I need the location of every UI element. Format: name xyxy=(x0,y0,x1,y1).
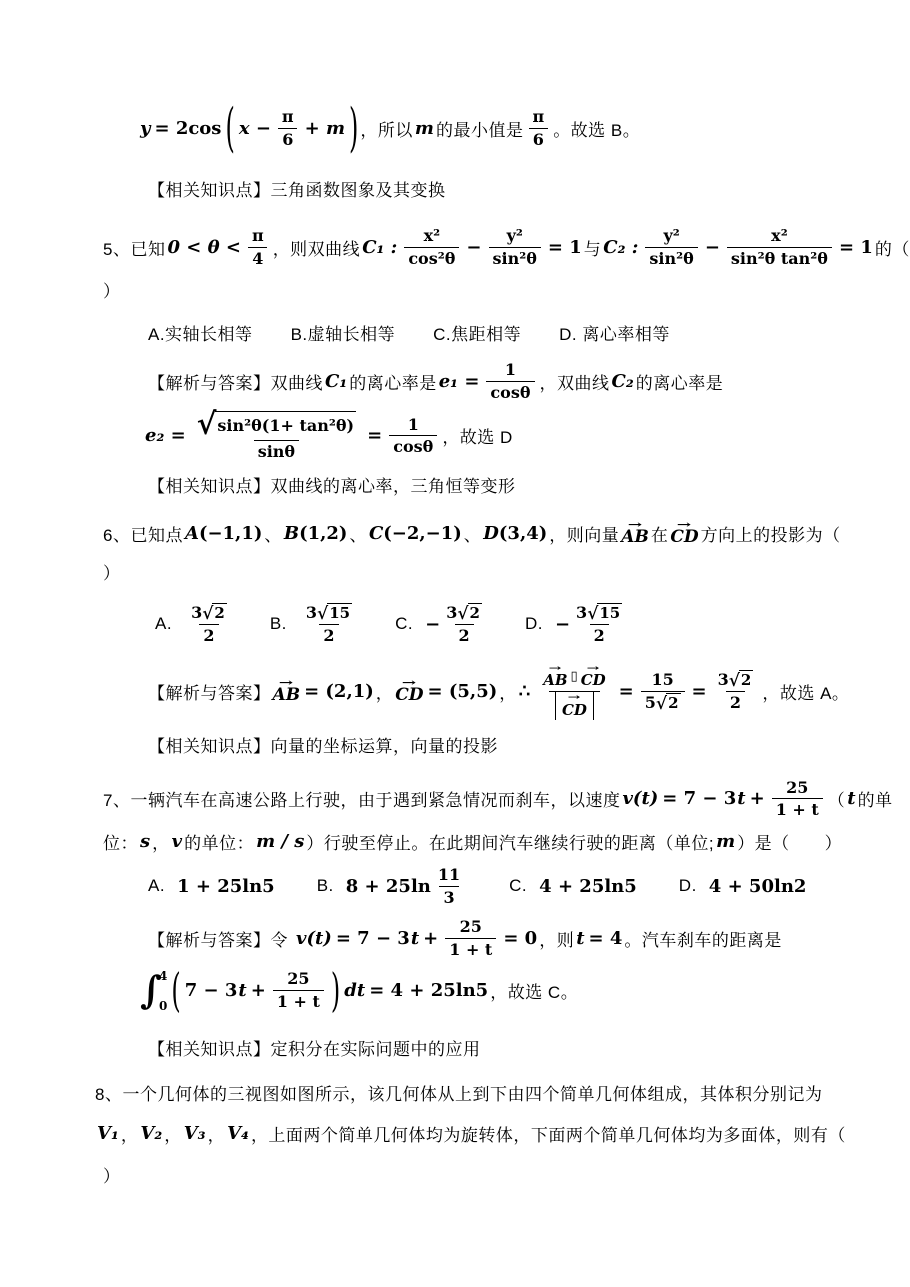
math-piece: = 4 xyxy=(589,928,623,949)
q6-options: A. 3√22 B. 3√152 C. − 3√22 D. − 3√152 xyxy=(155,602,910,646)
option-label: A. xyxy=(155,614,172,634)
denominator: cos²θ xyxy=(404,247,459,270)
numerator: π xyxy=(248,225,268,247)
fraction: π6 xyxy=(278,106,298,150)
knowledge-text: 【相关知识点】定积分在实际问题中的应用 xyxy=(148,1035,481,1060)
numerator: AB▯CD xyxy=(537,662,611,690)
fraction: x²cos²θ xyxy=(404,225,459,269)
numerator: 1 xyxy=(404,414,423,436)
text: 的（ xyxy=(875,235,910,260)
q8-statement-line2: V₁， V₂， V₃， V₄，上面两个简单几何体均为旋转体，下面两个简单几何体均… xyxy=(95,1121,910,1146)
denominator: 2 xyxy=(455,624,474,647)
text: ，则 xyxy=(539,926,574,951)
right-paren: ) xyxy=(331,968,340,1014)
denominator: CD xyxy=(549,691,600,720)
knowledge-text: 【相关知识点】双曲线的离心率，三角恒等变形 xyxy=(148,472,516,497)
denominator: 3 xyxy=(439,886,458,909)
text: 。故选 B。 xyxy=(553,116,640,141)
math-var: V₁ xyxy=(97,1123,119,1144)
q6-statement: 6、 已知点 A(−1,1) 、 B(1,2) 、 C(−2,−1) 、 D(3… xyxy=(103,519,910,547)
coef: 5 xyxy=(645,692,656,714)
text: 。汽车刹车的距离是 xyxy=(624,926,782,951)
sqrt: √2 xyxy=(729,670,754,691)
option-label: D. xyxy=(679,876,697,896)
text: 的单位： xyxy=(184,829,254,854)
text: 、 xyxy=(349,521,367,546)
plus-sign: + xyxy=(251,980,266,1001)
q5-options: A.实轴长相等 B.虚轴长相等 C.焦距相等 D. 离心率相等 xyxy=(148,320,910,345)
document-page: y = 2cos ( x − π6 + m ) ，所以 m 的最小值是 π6 。… xyxy=(0,0,910,1187)
q5-close-paren: ） xyxy=(103,277,910,302)
text: ， xyxy=(376,679,394,704)
numerator: 3√2 xyxy=(714,669,758,691)
math-piece: (1,2) xyxy=(299,523,347,544)
coef: 3 xyxy=(306,602,317,624)
text: 在 xyxy=(651,521,669,546)
q5-statement: 5、 已知 0 < θ < π4 ，则双曲线 C₁ : x²cos²θ − y²… xyxy=(103,225,910,269)
math-var: y xyxy=(140,118,150,139)
math-piece: = 7 − 3 xyxy=(662,788,736,809)
fraction: 3√22 xyxy=(187,602,231,646)
q7-statement-line2: 位： s ， v 的单位： m / s ）行驶至停止。在此期间汽车继续行驶的距离… xyxy=(103,829,910,854)
math-piece: = 0 xyxy=(503,928,537,949)
text: ） xyxy=(103,1162,121,1187)
numerator: 3√15 xyxy=(572,602,626,624)
equals-sign: = xyxy=(367,425,382,446)
option-label: B. xyxy=(270,614,287,634)
math-piece: = 4 + 25ln5 xyxy=(369,980,488,1001)
text: 【解析与答案】 xyxy=(148,679,271,704)
option-a: A.实轴长相等 xyxy=(148,320,253,345)
fraction: AB▯CD CD xyxy=(537,662,611,720)
text: ） xyxy=(103,277,121,302)
minus-sign: − xyxy=(466,237,481,258)
q7-options: A.1 + 25ln5 B.8 + 25ln113 C.4 + 25ln5 D.… xyxy=(148,864,910,908)
text: ，上面两个简单几何体均为旋转体，下面两个简单几何体均为多面体，则有（ xyxy=(251,1121,846,1146)
vector-ab: AB xyxy=(273,685,301,705)
left-paren: ( xyxy=(225,102,234,155)
math-piece: 4 + 25ln5 xyxy=(539,876,637,897)
math-piece: dt xyxy=(344,980,365,1001)
text: ， xyxy=(121,1121,139,1146)
math-var: t xyxy=(238,980,246,1001)
text: ， xyxy=(499,679,517,704)
q5-solution-line1: 【解析与答案】双曲线 C₁ 的离心率是 e₁ = 1cosθ ，双曲线 C₂ 的… xyxy=(148,359,910,403)
radicand: 2 xyxy=(468,603,482,624)
text: ，则双曲线 xyxy=(273,235,361,260)
q5-knowledge-line: 【相关知识点】双曲线的离心率，三角恒等变形 xyxy=(148,472,910,497)
math-piece: m / s xyxy=(256,831,304,852)
coef: 3 xyxy=(576,602,587,624)
math-piece: x − xyxy=(239,118,271,139)
text: 的单 xyxy=(858,786,893,811)
math-piece: (−1,1) xyxy=(199,523,262,544)
right-paren: ) xyxy=(349,102,358,155)
math-piece: 8 + 25ln xyxy=(346,876,431,897)
option-c: C.4 + 25ln5 xyxy=(509,876,639,897)
math-piece: = 7 − 3 xyxy=(336,928,410,949)
numerator: π xyxy=(528,106,548,128)
denominator: cosθ xyxy=(486,381,534,404)
therefore-sign: ∴ xyxy=(519,681,530,702)
numerator: 3√2 xyxy=(442,602,486,624)
text: ） xyxy=(103,559,121,584)
numerator: 1 xyxy=(501,359,520,381)
fraction: 155√2 xyxy=(641,669,685,713)
q7-knowledge-line: 【相关知识点】定积分在实际问题中的应用 xyxy=(148,1035,910,1060)
fraction: π4 xyxy=(248,225,268,269)
option-d: D.4 + 50ln2 xyxy=(679,876,809,897)
minus-sign: − xyxy=(555,614,570,635)
math-piece: e₁ = xyxy=(439,371,480,392)
math-piece: = (2,1) xyxy=(304,681,374,702)
denominator: 2 xyxy=(319,624,338,647)
dot-box-glyph: ▯ xyxy=(571,668,578,686)
coef: 3 xyxy=(446,602,457,624)
text: ）是（ ） xyxy=(737,829,842,854)
option-label: D. xyxy=(525,614,543,634)
plus-sign: + xyxy=(423,928,438,949)
sqrt: √15 xyxy=(587,603,622,624)
radicand: 2 xyxy=(666,693,680,714)
denominator: sin²θ xyxy=(645,247,697,270)
text: 的离心率是 xyxy=(636,369,724,394)
denominator: 1 + t xyxy=(445,938,496,961)
math-piece: e₂ = xyxy=(145,425,186,446)
equals-sign: = xyxy=(692,681,707,702)
q4-knowledge-line: 【相关知识点】三角函数图象及其变换 xyxy=(148,176,910,201)
text: ，所以 xyxy=(360,116,413,141)
question-number: 5、 xyxy=(103,235,130,260)
math-var: t xyxy=(411,928,419,949)
numerator: 11 xyxy=(434,864,464,886)
fraction: x²sin²θ tan²θ xyxy=(727,225,832,269)
upper-limit: 4 xyxy=(159,970,167,982)
math-var: t xyxy=(847,788,855,809)
q6-knowledge-line: 【相关知识点】向量的坐标运算，向量的投影 xyxy=(148,732,910,757)
option-label: C. xyxy=(395,614,413,634)
numerator: x² xyxy=(767,225,792,247)
minus-sign: − xyxy=(425,614,440,635)
sqrt: √2 xyxy=(202,603,227,624)
text: 、 xyxy=(264,521,282,546)
question-number: 7、 xyxy=(103,786,130,811)
text: 方向上的投影为（ xyxy=(701,521,841,546)
denominator: 2 xyxy=(726,691,745,714)
integral-limits: 40 xyxy=(159,970,167,1012)
option-d: D. − 3√152 xyxy=(525,602,631,646)
vector-cd: CD xyxy=(581,670,606,690)
math-piece: 7 − 3 xyxy=(185,980,238,1001)
math-var: V₃ xyxy=(184,1123,206,1144)
text: ，则向量 xyxy=(549,521,619,546)
denominator: sin²θ tan²θ xyxy=(727,247,832,270)
text: ，故选 C。 xyxy=(490,978,578,1003)
q8-statement-line1: 8、一个几何体的三视图如图所示，该几何体从上到下由四个简单几何体组成，其体积分别… xyxy=(95,1080,910,1105)
text: ， xyxy=(164,1121,182,1146)
numerator: √sin²θ(1+ tan²θ) xyxy=(193,410,360,440)
numerator: 3√15 xyxy=(302,602,356,624)
minus-sign: − xyxy=(705,237,720,258)
vector-cd: CD xyxy=(395,685,423,705)
denominator: sin²θ xyxy=(489,247,541,270)
math-piece: 4 + 50ln2 xyxy=(709,876,807,897)
q7-solution-line2: ∫ 40 ( 7 − 3t+ 251 + t ) dt = 4 + 25ln5 … xyxy=(140,968,910,1012)
fraction: y²sin²θ xyxy=(645,225,697,269)
text: 位： xyxy=(103,829,138,854)
coef: 3 xyxy=(718,669,729,691)
math-var: V₂ xyxy=(140,1123,162,1144)
numerator: y² xyxy=(659,225,683,247)
option-a: A.1 + 25ln5 xyxy=(148,876,277,897)
numerator: 25 xyxy=(782,777,812,799)
option-label: A. xyxy=(148,876,165,896)
numerator: π xyxy=(278,106,298,128)
equals-sign: = xyxy=(619,681,634,702)
vector-ab: AB xyxy=(543,670,567,690)
knowledge-text: 【相关知识点】向量的坐标运算，向量的投影 xyxy=(148,732,498,757)
numerator: 3√2 xyxy=(187,602,231,624)
math-piece: (3,4) xyxy=(499,523,547,544)
math-var: C₁ xyxy=(325,371,347,392)
radicand: 15 xyxy=(597,603,622,624)
math-var: C₂ xyxy=(612,371,634,392)
fraction: 1cosθ xyxy=(389,414,437,458)
q4-solution-formula: y = 2cos ( x − π6 + m ) ，所以 m 的最小值是 π6 。… xyxy=(138,106,910,150)
sqrt: √2 xyxy=(457,603,482,624)
math-var: C xyxy=(369,523,383,544)
q7-solution-line1: 【解析与答案】令 v(t) = 7 − 3t+ 251 + t = 0 ，则 t… xyxy=(148,916,910,960)
fraction: 3√22 xyxy=(442,602,486,646)
math-piece: v(t) xyxy=(622,788,658,809)
fraction: 251 + t xyxy=(772,777,823,821)
numerator: x² xyxy=(420,225,445,247)
q8-close-paren: ） xyxy=(103,1162,910,1187)
math-var: B xyxy=(284,523,299,544)
q6-solution: 【解析与答案】 AB = (2,1) ， CD = (5,5) ， ∴ AB▯C… xyxy=(148,662,910,720)
denominator: 4 xyxy=(248,247,267,270)
radicand: 2 xyxy=(212,603,226,624)
numerator: 25 xyxy=(456,916,486,938)
left-paren: ( xyxy=(171,968,180,1014)
sqrt: √15 xyxy=(317,603,352,624)
option-b: B.虚轴长相等 xyxy=(291,320,396,345)
fraction: 3√22 xyxy=(714,669,758,713)
option-b: B. 3√152 xyxy=(270,602,361,646)
math-var: V₄ xyxy=(227,1123,249,1144)
math-var: C₁ : xyxy=(362,237,397,258)
fraction: √sin²θ(1+ tan²θ) sinθ xyxy=(193,410,360,463)
math-var: t xyxy=(737,788,745,809)
option-label: C. xyxy=(509,876,527,896)
math-piece: 1 + 25ln5 xyxy=(177,876,275,897)
fraction: y²sin²θ xyxy=(489,225,541,269)
math-piece: = 1 xyxy=(548,237,582,258)
math-piece: + m xyxy=(305,118,345,139)
option-label: B. xyxy=(317,876,334,896)
denominator: 1 + t xyxy=(273,990,324,1013)
text: ， xyxy=(208,1121,226,1146)
math-var: D xyxy=(483,523,499,544)
text: 的最小值是 xyxy=(436,116,524,141)
radicand: 15 xyxy=(327,603,352,624)
sqrt: √sin²θ(1+ tan²θ) xyxy=(197,410,356,440)
option-d: D. 离心率相等 xyxy=(559,320,670,345)
math-piece: 0 < θ < xyxy=(167,237,241,258)
math-piece: = 2cos xyxy=(154,118,221,139)
math-var: v xyxy=(172,831,182,852)
math-var: t xyxy=(576,928,584,949)
text: ， xyxy=(152,829,170,854)
text: ，故选 A。 xyxy=(762,679,849,704)
denominator: 5√2 xyxy=(641,691,685,714)
text: 【解析与答案】双曲线 xyxy=(148,369,323,394)
option-c: C.焦距相等 xyxy=(433,320,521,345)
text: 与 xyxy=(584,235,602,260)
text: （ xyxy=(828,786,846,811)
option-b: B.8 + 25ln113 xyxy=(317,864,469,908)
option-a: A. 3√22 xyxy=(155,602,236,646)
denominator: cosθ xyxy=(389,435,437,458)
text: ，故选 D xyxy=(442,423,513,448)
math-var: m xyxy=(415,118,434,139)
fraction: 3√152 xyxy=(572,602,626,646)
text: 一辆汽车在高速公路上行驶，由于遇到紧急情况而刹车，以速度 xyxy=(130,786,620,811)
numerator: 25 xyxy=(283,968,313,990)
fraction: π6 xyxy=(528,106,548,150)
math-var: m xyxy=(716,831,735,852)
math-var: s xyxy=(140,831,150,852)
denominator: 1 + t xyxy=(772,798,823,821)
fraction: 251 + t xyxy=(445,916,496,960)
math-piece: = (5,5) xyxy=(428,681,498,702)
radicand: 2 xyxy=(739,670,753,691)
denominator: 6 xyxy=(278,128,297,151)
radicand: sin²θ(1+ tan²θ) xyxy=(215,411,356,439)
math-piece: = 1 xyxy=(839,237,873,258)
lower-limit: 0 xyxy=(159,1000,167,1012)
q7-statement-line1: 7、 一辆汽车在高速公路上行驶，由于遇到紧急情况而刹车，以速度 v(t) = 7… xyxy=(103,777,910,821)
math-piece: v(t) xyxy=(296,928,332,949)
denominator: 2 xyxy=(590,624,609,647)
text: ，双曲线 xyxy=(540,369,610,394)
text: 、 xyxy=(464,521,482,546)
text: ）行驶至停止。在此期间汽车继续行驶的距离（单位; xyxy=(306,829,714,854)
coef: 3 xyxy=(191,602,202,624)
vector-cd: CD xyxy=(670,527,698,547)
math-var: C₂ : xyxy=(603,237,638,258)
fraction: 251 + t xyxy=(273,968,324,1012)
denominator: sinθ xyxy=(254,440,299,463)
text: 8、一个几何体的三视图如图所示，该几何体从上到下由四个简单几何体组成，其体积分别… xyxy=(95,1080,822,1105)
text: 【解析与答案】令 xyxy=(148,926,288,951)
fraction: 1cosθ xyxy=(486,359,534,403)
q5-solution-line2: e₂ = √sin²θ(1+ tan²θ) sinθ = 1cosθ ，故选 D xyxy=(143,410,910,463)
math-piece: (−2,−1) xyxy=(383,523,462,544)
text: 的离心率是 xyxy=(349,369,437,394)
fraction: 3√152 xyxy=(302,602,356,646)
radical-sign: √ xyxy=(197,410,217,440)
text: 已知点 xyxy=(130,521,183,546)
text: 已知 xyxy=(130,235,165,260)
math-var: A xyxy=(185,523,199,544)
option-c: C. − 3√22 xyxy=(395,602,491,646)
denominator: 2 xyxy=(199,624,218,647)
question-number: 6、 xyxy=(103,521,130,546)
numerator: y² xyxy=(503,225,527,247)
plus-sign: + xyxy=(750,788,765,809)
vector-cd: CD xyxy=(562,700,587,720)
knowledge-text: 【相关知识点】三角函数图象及其变换 xyxy=(148,176,446,201)
fraction: 113 xyxy=(434,864,464,908)
numerator: 15 xyxy=(647,669,677,691)
denominator: 6 xyxy=(529,128,548,151)
sqrt: √2 xyxy=(656,693,681,714)
absolute-value: CD xyxy=(555,692,594,720)
vector-ab: AB xyxy=(621,527,649,547)
q6-close-paren: ） xyxy=(103,559,910,584)
